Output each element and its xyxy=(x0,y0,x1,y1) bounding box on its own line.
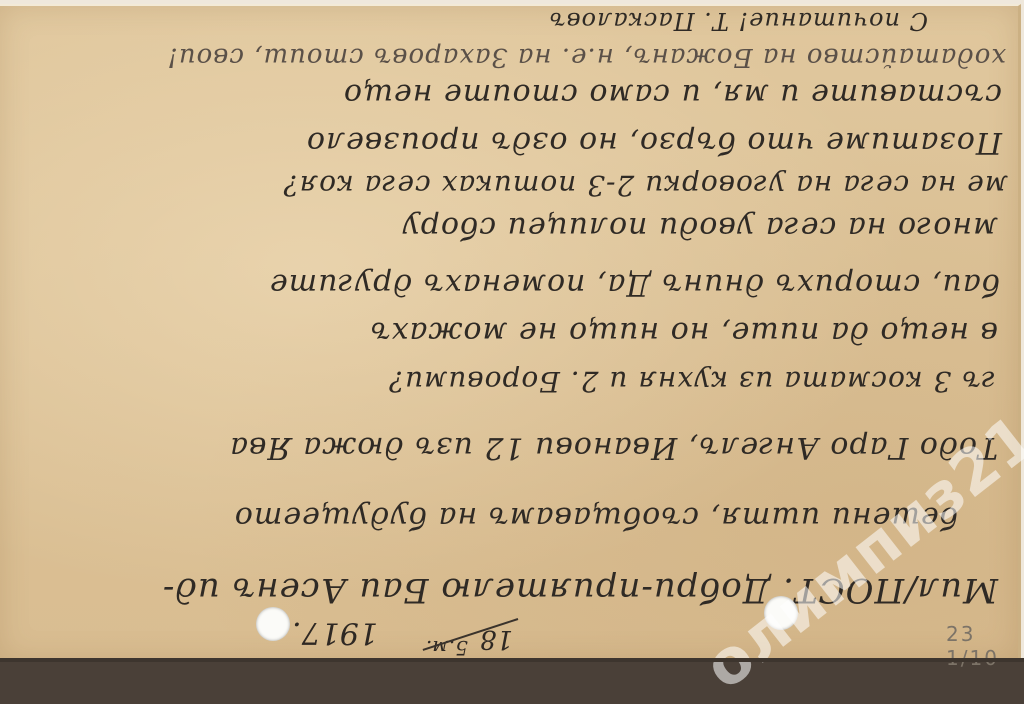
date-month: 5.м. xyxy=(426,636,468,660)
letter-line: ме на сега на уговорки 2-3 потиках сега … xyxy=(283,169,1008,202)
letter-line: Позатиме что бързо, но оздъ произвело xyxy=(306,125,1002,160)
scan-edge xyxy=(0,658,1024,662)
letter-line: баи, сторихъ днинъ Да, поменахъ другите xyxy=(269,267,1000,302)
letter-line: съставите и мя, и само стоите нещо xyxy=(343,77,1002,112)
pencil-annotation: 23 1/10 xyxy=(946,622,1018,662)
date-year: 1917. xyxy=(292,615,378,650)
letter-closing: С почитание! Т. Паскаловъ xyxy=(549,7,928,35)
letter-line: много на сега уводи полицеи сбору xyxy=(401,210,998,245)
letter-line: в нещо да пише, но нищо не можахъ xyxy=(370,315,998,350)
letter-line: гъ 3 космата из кухня и 2. Боровими? xyxy=(388,365,996,398)
letter-line: ходатайство на Божанъ, н.е. на Захаровъ … xyxy=(166,42,1006,72)
letter-line: Тодо Гаро Ангелъ, Иванови 12 изъ дюжа Яв… xyxy=(229,430,998,465)
postcard: Мил/ПОСТ. Добри-приятелю Баи Асенъ ид- б… xyxy=(0,4,1021,660)
punch-hole xyxy=(256,607,290,641)
